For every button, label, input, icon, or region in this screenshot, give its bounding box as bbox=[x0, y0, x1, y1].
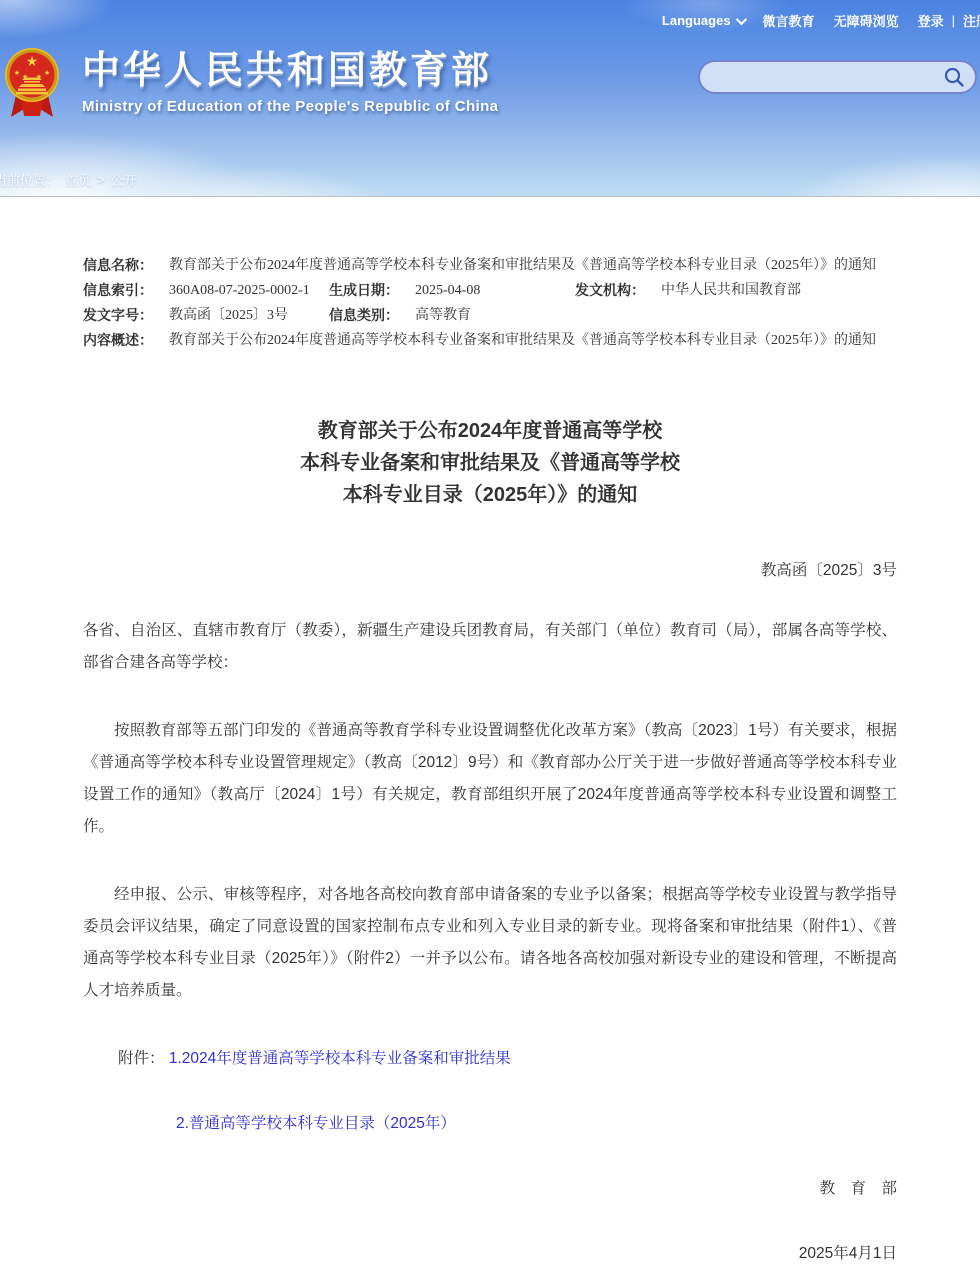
document-title-line3: 本科专业目录（2025年）》的通知 bbox=[83, 479, 897, 511]
svg-text:★: ★ bbox=[44, 69, 50, 77]
site-subtitle: Ministry of Education of the People's Re… bbox=[82, 98, 498, 115]
document-number: 教高函〔2025〕3号 bbox=[83, 555, 897, 587]
attachments-section: 附件： 1.2024年度普通高等学校本科专业备案和审批结果 2.普通高等学校本科… bbox=[83, 1043, 897, 1140]
attachments-label: 附件： bbox=[118, 1050, 165, 1067]
topbar-item-accessibility[interactable]: 无障碍浏览 bbox=[834, 11, 899, 30]
meta-category-label: 信息类别： bbox=[329, 303, 415, 328]
topbar-item-wechat-edu[interactable]: 微言教育 bbox=[763, 11, 815, 30]
notice-document: 教育部关于公布2024年度普通高等学校 本科专业备案和审批结果及《普通高等学校 … bbox=[83, 415, 897, 1270]
site-header: Languages 微言教育 无障碍浏览 登录 | 注册 ★ ★ ★ ★ ★ bbox=[0, 0, 980, 197]
search-box bbox=[698, 60, 977, 94]
magnifier-icon bbox=[943, 66, 965, 88]
breadcrumb-label: 当前位置： bbox=[0, 170, 59, 189]
document-meta-table: 信息名称： 教育部关于公布2024年度普通高等学校本科专业备案和审批结果及《普通… bbox=[83, 253, 897, 353]
search-input[interactable] bbox=[714, 62, 941, 92]
brand-text: 中华人民共和国教育部 Ministry of Education of the … bbox=[82, 47, 498, 115]
document-title-line1: 教育部关于公布2024年度普通高等学校 bbox=[83, 415, 897, 447]
document-date: 2025年4月1日 bbox=[83, 1238, 897, 1270]
breadcrumb-home-link[interactable]: 首页 bbox=[65, 170, 91, 189]
breadcrumb-separator: > bbox=[97, 172, 105, 187]
meta-row-docno-category: 发文字号： 教高函〔2025〕3号 信息类别： 高等教育 bbox=[83, 303, 897, 328]
topbar: Languages 微言教育 无障碍浏览 登录 | 注册 bbox=[662, 11, 980, 30]
document-title: 教育部关于公布2024年度普通高等学校 本科专业备案和审批结果及《普通高等学校 … bbox=[83, 415, 897, 511]
meta-agency-value: 中华人民共和国教育部 bbox=[661, 278, 801, 303]
meta-category-value: 高等教育 bbox=[415, 303, 471, 328]
site-title: 中华人民共和国教育部 bbox=[82, 51, 498, 93]
main-content: 信息名称： 教育部关于公布2024年度普通高等学校本科专业备案和审批结果及《普通… bbox=[0, 253, 980, 1270]
meta-row-name: 信息名称： 教育部关于公布2024年度普通高等学校本科专业备案和审批结果及《普通… bbox=[83, 253, 897, 278]
body-paragraph-1: 按照教育部等五部门印发的《普通高等教育学科专业设置调整优化改革方案》（教高〔20… bbox=[83, 715, 897, 843]
document-title-line2: 本科专业备案和审批结果及《普通高等学校 bbox=[83, 447, 897, 479]
issuer-signature: 教 育 部 bbox=[83, 1173, 897, 1205]
attachment-1-link[interactable]: 1.2024年度普通高等学校本科专业备案和审批结果 bbox=[169, 1050, 511, 1067]
meta-row-summary: 内容概述： 教育部关于公布2024年度普通高等学校本科专业备案和审批结果及《普通… bbox=[83, 328, 897, 353]
login-link[interactable]: 登录 bbox=[918, 11, 944, 30]
meta-row-index-date-agency: 信息索引： 360A08-07-2025-0002-1 生成日期： 2025-0… bbox=[83, 278, 897, 303]
register-link[interactable]: 注册 bbox=[963, 11, 980, 30]
meta-summary-value: 教育部关于公布2024年度普通高等学校本科专业备案和审批结果及《普通高等学校本科… bbox=[169, 328, 876, 353]
meta-index-label: 信息索引： bbox=[83, 278, 169, 303]
svg-text:★: ★ bbox=[14, 69, 20, 77]
meta-date-value: 2025-04-08 bbox=[415, 278, 575, 303]
svg-text:★: ★ bbox=[26, 54, 39, 70]
chevron-down-icon bbox=[735, 13, 746, 24]
site-brand: ★ ★ ★ ★ ★ 中华人民共和国教育部 Ministry of Educati… bbox=[4, 47, 498, 129]
meta-docno-value: 教高函〔2025〕3号 bbox=[169, 303, 329, 328]
attachment-line-1: 附件： 1.2024年度普通高等学校本科专业备案和审批结果 bbox=[83, 1043, 897, 1075]
breadcrumb: 当前位置： 首页 > 公开 bbox=[0, 170, 137, 189]
attachment-2-link[interactable]: 2.普通高等学校本科专业目录（2025年） bbox=[176, 1115, 456, 1132]
topbar-divider: | bbox=[952, 13, 955, 28]
search-button[interactable] bbox=[941, 64, 967, 90]
salutation-paragraph: 各省、自治区、直辖市教育厅（教委），新疆生产建设兵团教育局，有关部门（单位）教育… bbox=[83, 615, 897, 679]
login-register-group: 登录 | 注册 bbox=[918, 11, 980, 30]
breadcrumb-current-link[interactable]: 公开 bbox=[111, 170, 137, 189]
meta-agency-label: 发文机构： bbox=[575, 278, 661, 303]
meta-summary-label: 内容概述： bbox=[83, 328, 169, 353]
languages-label: Languages bbox=[662, 13, 731, 28]
meta-index-value: 360A08-07-2025-0002-1 bbox=[169, 278, 329, 303]
meta-name-value: 教育部关于公布2024年度普通高等学校本科专业备案和审批结果及《普通高等学校本科… bbox=[169, 253, 876, 278]
body-paragraph-2: 经申报、公示、审核等程序，对各地各高校向教育部申请备案的专业予以备案；根据高等学… bbox=[83, 879, 897, 1007]
meta-date-label: 生成日期： bbox=[329, 278, 415, 303]
attachment-line-2: 2.普通高等学校本科专业目录（2025年） bbox=[83, 1108, 897, 1140]
meta-docno-label: 发文字号： bbox=[83, 303, 169, 328]
meta-name-label: 信息名称： bbox=[83, 253, 169, 278]
china-national-emblem-icon: ★ ★ ★ ★ ★ bbox=[4, 47, 60, 129]
languages-menu[interactable]: Languages bbox=[662, 13, 744, 28]
